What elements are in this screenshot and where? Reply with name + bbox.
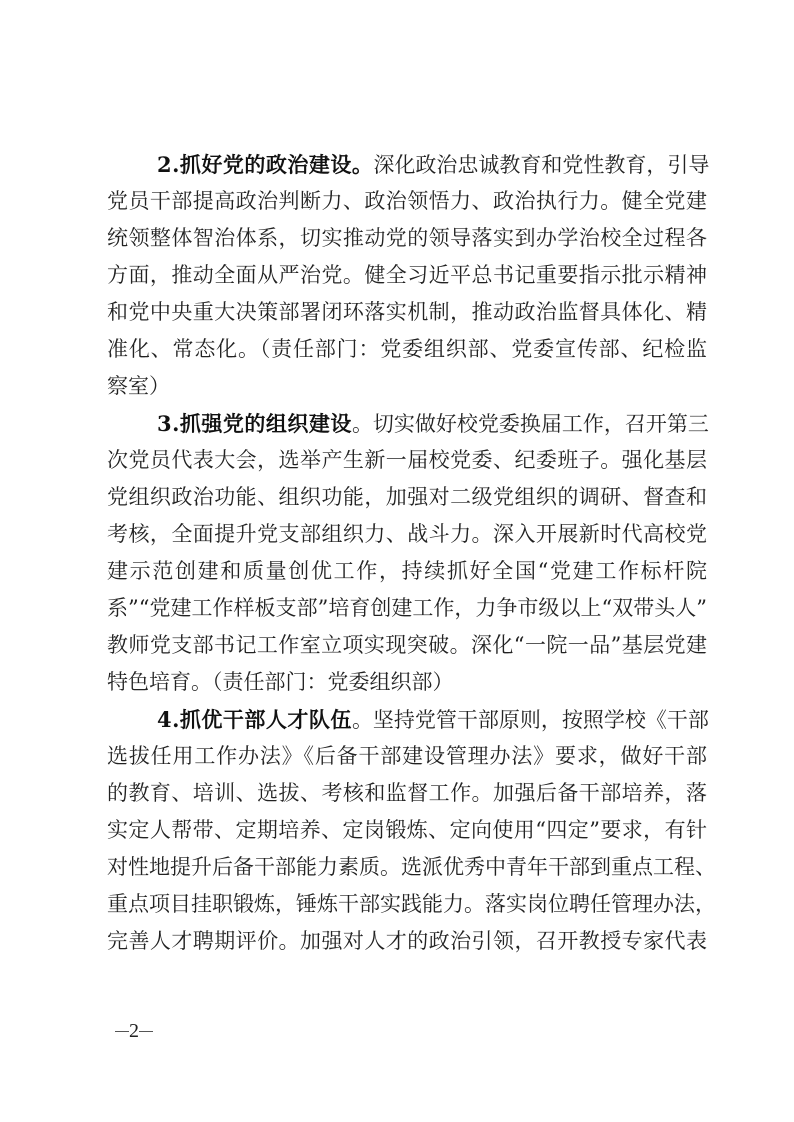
section-3-heading: 3.抓强党的组织建设 bbox=[157, 411, 352, 436]
section-4-line-6: 重点项目挂职锻炼，锤炼干部实践能力。落实岗位聘任管理办法， bbox=[107, 886, 707, 923]
page-number: 2 bbox=[115, 1020, 153, 1043]
section-3-line-4: 考核，全面提升党支部组织力、战斗力。深入开展新时代高校党 bbox=[107, 516, 707, 553]
page-number-dash-left bbox=[115, 1031, 129, 1032]
section-2-text: 深化政治忠诚教育和党性教育，引导 bbox=[373, 153, 709, 177]
section-2-line-7: 察室） bbox=[107, 368, 707, 405]
section-4-text: 。坚持党管干部原则，按照学校《干部 bbox=[352, 708, 709, 732]
page-number-value: 2 bbox=[129, 1020, 139, 1043]
section-3-line-2: 次党员代表大会，选举产生新一届校党委、纪委班子。强化基层 bbox=[107, 442, 707, 479]
section-3-line-5: 建示范创建和质量创优工作，持续抓好全国“党建工作标杆院 bbox=[107, 553, 707, 590]
section-4-line-3: 的教育、培训、选拔、考核和监督工作。加强后备干部培养，落 bbox=[107, 775, 707, 812]
section-3-line-6: 系”“党建工作样板支部”培育创建工作，力争市级以上“双带头人” bbox=[107, 590, 707, 627]
section-3-line-3: 党组织政治功能、组织功能，加强对二级党组织的调研、督查和 bbox=[107, 479, 707, 516]
section-3-line-1: 3.抓强党的组织建设。切实做好校党委换届工作，召开第三 bbox=[107, 405, 707, 442]
section-2-line-4: 方面，推动全面从严治党。健全习近平总书记重要指示批示精神 bbox=[107, 257, 707, 294]
section-2-line-3: 统领整体智治体系，切实推动党的领导落实到办学治校全过程各 bbox=[107, 220, 707, 257]
section-2-line-5: 和党中央重大决策部署闭环落实机制，推动政治监督具体化、精 bbox=[107, 294, 707, 331]
section-3-line-8: 特色培育。（责任部门：党委组织部） bbox=[107, 664, 707, 701]
section-4-line-1: 4.抓优干部人才队伍。坚持党管干部原则，按照学校《干部 bbox=[107, 701, 707, 738]
section-3-line-7: 教师党支部书记工作室立项实现突破。深化“一院一品”基层党建 bbox=[107, 627, 707, 664]
section-4-line-7: 完善人才聘期评价。加强对人才的政治引领，召开教授专家代表 bbox=[107, 923, 707, 960]
section-2-line-2: 党员干部提高政治判断力、政治领悟力、政治执行力。健全党建 bbox=[107, 183, 707, 220]
section-2-line-1: 2.抓好党的政治建设。深化政治忠诚教育和党性教育，引导 bbox=[107, 146, 707, 183]
document-body: 2.抓好党的政治建设。深化政治忠诚教育和党性教育，引导 党员干部提高政治判断力、… bbox=[107, 146, 707, 960]
document-page: 2.抓好党的政治建设。深化政治忠诚教育和党性教育，引导 党员干部提高政治判断力、… bbox=[0, 0, 794, 1122]
page-number-dash-right bbox=[139, 1031, 153, 1032]
section-2-heading: 2.抓好党的政治建设。 bbox=[157, 152, 373, 177]
section-4-line-5: 对性地提升后备干部能力素质。选派优秀中青年干部到重点工程、 bbox=[107, 849, 707, 886]
section-4-line-4: 实定人帮带、定期培养、定岗锻炼、定向使用“四定”要求，有针 bbox=[107, 812, 707, 849]
section-3-text: 。切实做好校党委换届工作，召开第三 bbox=[352, 412, 709, 436]
section-4-heading: 4.抓优干部人才队伍 bbox=[157, 707, 352, 732]
section-4-line-2: 选拔任用工作办法》《后备干部建设管理办法》要求，做好干部 bbox=[107, 738, 707, 775]
section-2-line-6: 准化、常态化。（责任部门：党委组织部、党委宣传部、纪检监 bbox=[107, 331, 707, 368]
